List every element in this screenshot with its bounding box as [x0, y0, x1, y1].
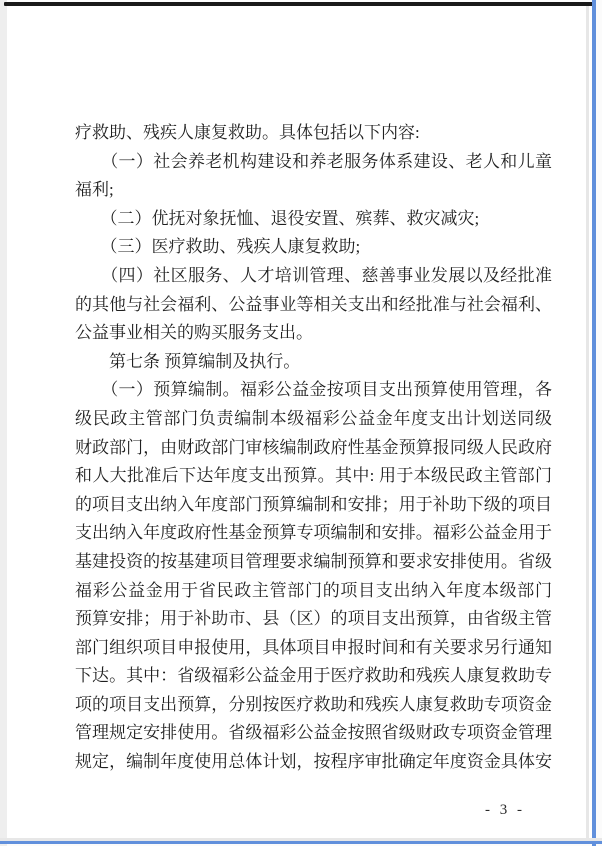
text-line: 福彩公益金用于省民政主管部门的项目支出纳入年度本级部门: [75, 577, 552, 606]
text-line: 第七条 预算编制及执行。: [75, 348, 552, 377]
scan-edge-right-blue-line: [592, 0, 596, 846]
text-line: 下达。其中：省级福彩公益金用于医疗救助和残疾人康复救助专: [75, 662, 552, 691]
paper-right-shadow: [586, 6, 589, 838]
paper: 疗救助、残疾人康复救助。具体包括以下内容: （一）社会养老机构建设和养老服务体系…: [7, 0, 592, 838]
document-body: 疗救助、残疾人康复救助。具体包括以下内容: （一）社会养老机构建设和养老服务体系…: [75, 119, 552, 777]
text-line: 疗救助、残疾人康复救助。具体包括以下内容:: [75, 119, 552, 148]
page-number: - 3 -: [485, 802, 555, 819]
scan-edge-left: [0, 0, 7, 846]
text-line: 部门组织项目申报使用，具体项目申报时间和有关要求另行通知: [75, 634, 552, 663]
text-line: 财政部门，由财政部门审核编制政府性基金预算报同级人民政府: [75, 434, 552, 463]
text-line: 级民政主管部门负责编制本级福彩公益金年度支出计划送同级: [75, 405, 552, 434]
scan-edge-top-bar: [4, 2, 596, 6]
text-line: 的其他与社会福利、公益事业等相关支出和经批准与社会福利、: [75, 291, 552, 320]
text-line: 规定，编制年度使用总体计划，按程序审批确定年度资金具体安: [75, 748, 552, 777]
scan-edge-bottom-blue-line: [0, 841, 602, 844]
text-line: （一）社会养老机构建设和养老服务体系建设、老人和儿童: [75, 148, 552, 177]
text-line: （一）预算编制。福彩公益金按项目支出预算使用管理，各: [75, 376, 552, 405]
text-line: 项的项目支出预算，分别按医疗救助和残疾人康复救助专项资金: [75, 691, 552, 720]
text-line: （四）社区服务、人才培训管理、慈善事业发展以及经批准: [75, 262, 552, 291]
text-line: 福利;: [75, 176, 552, 205]
text-line: 和人大批准后下达年度支出预算。其中: 用于本级民政主管部门: [75, 462, 552, 491]
text-line: 基建投资的按基建项目管理要求编制预算和要求安排使用。省级: [75, 548, 552, 577]
text-line: （二）优抚对象抚恤、退役安置、殡葬、救灾减灾;: [75, 205, 552, 234]
scanned-page: 疗救助、残疾人康复救助。具体包括以下内容: （一）社会养老机构建设和养老服务体系…: [0, 0, 602, 846]
text-line: 的项目支出纳入年度部门预算编制和安排；用于补助下级的项目: [75, 491, 552, 520]
text-line: （三）医疗救助、残疾人康复救助;: [75, 233, 552, 262]
text-line: 公益事业相关的购买服务支出。: [75, 319, 552, 348]
text-line: 支出纳入年度政府性基金预算专项编制和安排。福彩公益金用于: [75, 519, 552, 548]
text-line: 管理规定安排使用。省级福彩公益金按照省级财政专项资金管理: [75, 719, 552, 748]
text-line: 预算安排；用于补助市、县（区）的项目支出预算，由省级主管: [75, 605, 552, 634]
